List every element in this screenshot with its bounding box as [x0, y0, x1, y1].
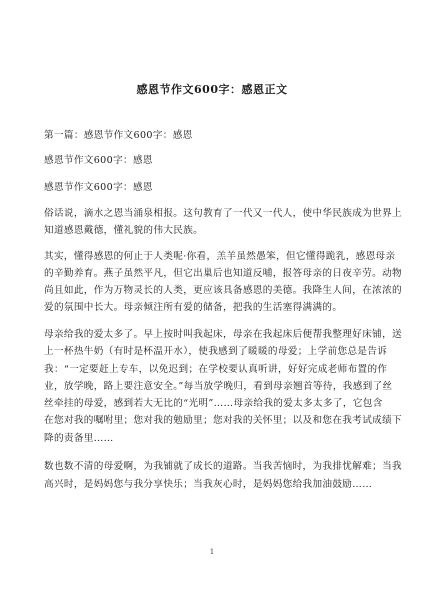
paragraph-3-line-5: 丝牵挂的母爱，感到若大无比的“光明”……母亲给我的爱太多太多了，它包含	[44, 395, 383, 409]
page-number: 1	[0, 548, 424, 556]
paragraph-3-line-7: 降的责备里……	[44, 430, 114, 444]
document-page: 感恩节作文600字：感恩正文 第一篇：感恩节作文600字：感恩 感恩节作文600…	[0, 0, 424, 600]
paragraph-4-line-1: 数也数不清的母爱啊，为我铺就了成长的道路。当我苦恼时，为我排忧解难；当我	[44, 458, 402, 472]
paragraph-2-line-3: 尚且如此，作为万物灵长的人类，更应该具备感恩的美德。我降生人间，在浓浓的	[44, 282, 402, 296]
paragraph-4-line-2: 高兴时，是妈妈您与我分享快乐；当我灰心时，是妈妈您给我加油鼓励……	[44, 476, 372, 490]
paragraph-2-line-1: 其实，懂得感恩的何止于人类呢·你看，羔羊虽然愚笨，但它懂得跪乳，感恩母亲	[44, 248, 395, 262]
paragraph-1-line-2: 知道感恩戴德，懂礼貌的伟大民族。	[44, 222, 203, 236]
paragraph-1-line-1: 俗话说，滴水之恩当涌泉相报。这句教育了一代又一代人，使中华民族成为世界上	[44, 205, 402, 219]
heading-1: 第一篇：感恩节作文600字：感恩	[44, 127, 193, 141]
paragraph-3-line-6: 在您对我的嘱咐里；您对我的勉励里；您对我的关怀里；以及和您在我考试成绩下	[44, 412, 402, 426]
document-title: 感恩节作文600字：感恩正文	[0, 81, 424, 97]
paragraph-3-line-3: 我：“一定要赶上专车，以免迟到；在学校要认真听讲，好好完成老师布置的作	[44, 361, 387, 375]
heading-3: 感恩节作文600字：感恩	[44, 179, 153, 193]
paragraph-3-line-4: 业，放学晚，路上要注意安全。”每当放学晚归，看到母亲翘首等待，我感到了丝	[44, 378, 393, 392]
heading-2: 感恩节作文600字：感恩	[44, 152, 153, 166]
paragraph-3-line-2: 上一杯热牛奶（有时是杯温开水），使我感到了暖暖的母爱；上学前您总是告诉	[44, 343, 387, 357]
paragraph-2-line-4: 爱的氛围中长大。母亲倾注所有爱的储备，把我的生活塞得满满的。	[44, 299, 342, 313]
paragraph-3-line-1: 母亲给我的爱太多了。早上按时叫我起床，母亲在我起床后便帮我整理好床铺，送	[44, 326, 402, 340]
paragraph-2-line-2: 的辛勤养育。燕子虽然平凡，但它出巢后也知道反哺，报答母亲的日夜辛劳。动物	[44, 265, 402, 279]
